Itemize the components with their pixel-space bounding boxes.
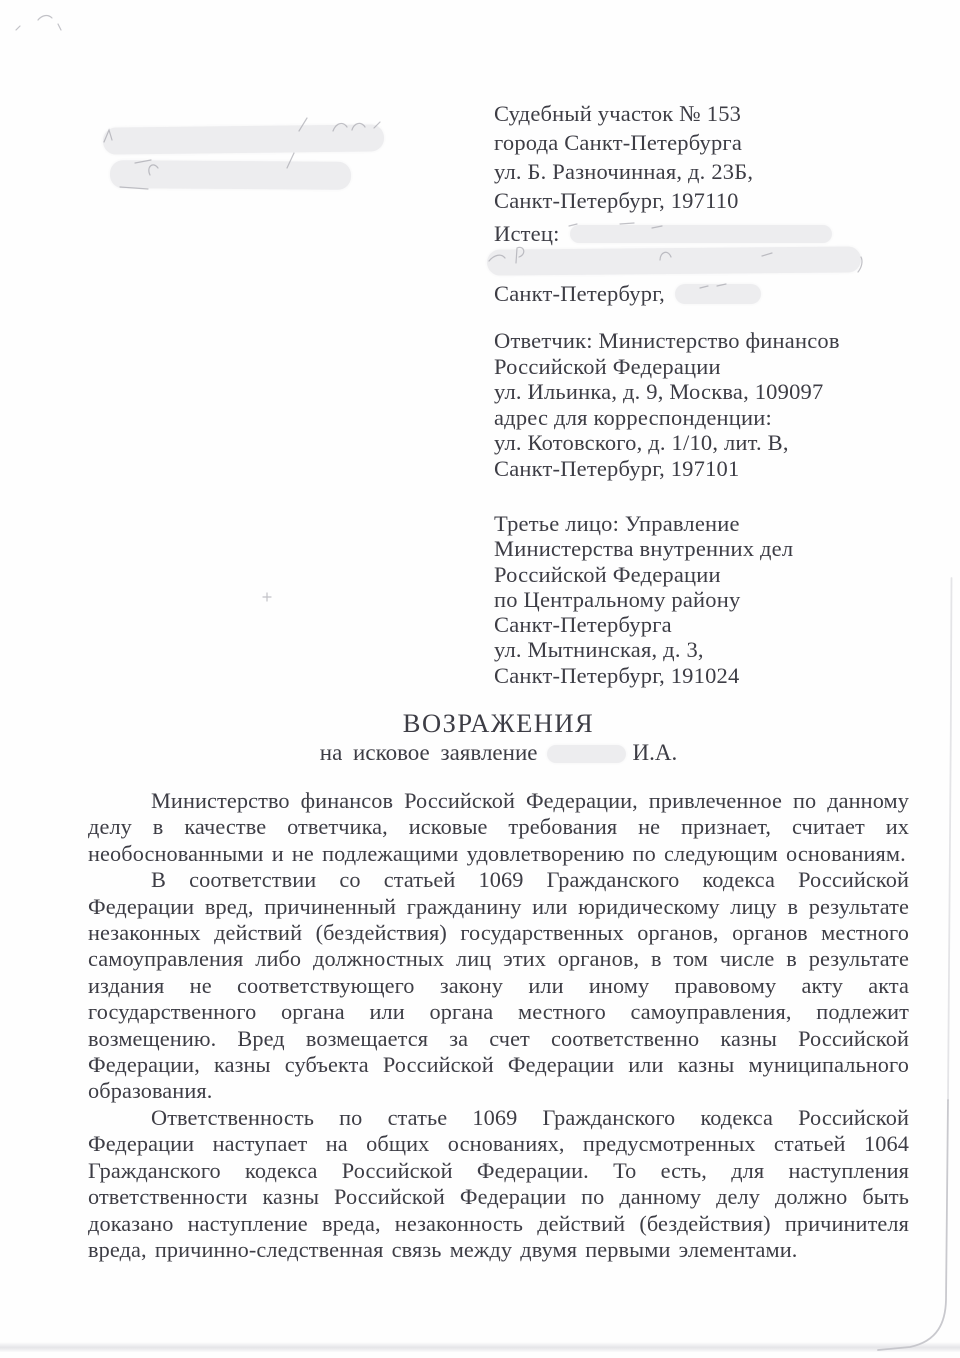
redaction-bar — [547, 745, 626, 763]
plaintiff-city-line: Санкт-Петербург, — [494, 280, 914, 308]
plaintiff-block: Истец: Санкт-Петербург, — [494, 220, 914, 308]
text-line: ул. Мытнинская, д. 3, — [494, 637, 914, 662]
redaction-bar — [570, 225, 832, 243]
scan-bottom-edge — [0, 1342, 960, 1352]
document-page: Судебный участок № 153города Санкт-Петер… — [0, 0, 960, 1358]
text-line: города Санкт-Петербурга — [494, 128, 914, 157]
redaction-bar — [103, 124, 384, 154]
redaction-bar — [675, 284, 761, 304]
document-subtitle: на исковое заявлениеИ.А. — [88, 740, 909, 766]
court-address-block: Судебный участок № 153города Санкт-Петер… — [494, 99, 914, 215]
title-block: ВОЗРАЖЕНИЯ на исковое заявлениеИ.А. — [88, 708, 909, 766]
redaction-bar — [110, 160, 351, 190]
text-line: Ответчик: Министерство финансов — [494, 328, 914, 354]
plaintiff-city: Санкт-Петербург, — [494, 281, 665, 306]
text-line: Третье лицо: Управление — [494, 511, 914, 536]
text-line: адрес для корреспонденции: — [494, 405, 914, 431]
text-line: по Центральному району — [494, 587, 914, 612]
document-body: Министерство финансов Российской Федерац… — [88, 788, 909, 1263]
paragraph-3: Ответственность по статье 1069 Гражданск… — [88, 1105, 909, 1263]
paragraph-2: В соответствии со статьей 1069 Гражданск… — [88, 867, 909, 1105]
document-title: ВОЗРАЖЕНИЯ — [88, 708, 909, 738]
text-line: Российской Федерации — [494, 354, 914, 380]
text-line: Министерства внутренних дел — [494, 536, 914, 561]
text-line: Санкт-Петербург, 191024 — [494, 663, 914, 688]
text-line: Российской Федерации — [494, 562, 914, 587]
text-line: Санкт-Петербурга — [494, 612, 914, 637]
text-line: ул. Б. Разночинная, д. 23Б, — [494, 157, 914, 186]
defendant-block: Ответчик: Министерство финансовРоссийско… — [494, 328, 914, 481]
subtitle-prefix: на исковое заявление — [320, 740, 538, 765]
paragraph-1: Министерство финансов Российской Федерац… — [88, 788, 909, 867]
text-line: Судебный участок № 153 — [494, 99, 914, 128]
text-line: ул. Ильинка, д. 9, Москва, 109097 — [494, 379, 914, 405]
plaintiff-redacted-line — [494, 248, 914, 281]
plaintiff-label: Истец: — [494, 221, 560, 246]
subtitle-suffix: И.А. — [632, 740, 677, 765]
text-line: Санкт-Петербург, 197101 — [494, 456, 914, 482]
third-party-block: Третье лицо: УправлениеМинистерства внут… — [494, 511, 914, 688]
redaction-bar — [487, 246, 861, 275]
text-line: ул. Котовского, д. 1/10, лит. В, — [494, 430, 914, 456]
text-line: Санкт-Петербург, 197110 — [494, 186, 914, 215]
plaintiff-label-line: Истец: — [494, 220, 914, 248]
